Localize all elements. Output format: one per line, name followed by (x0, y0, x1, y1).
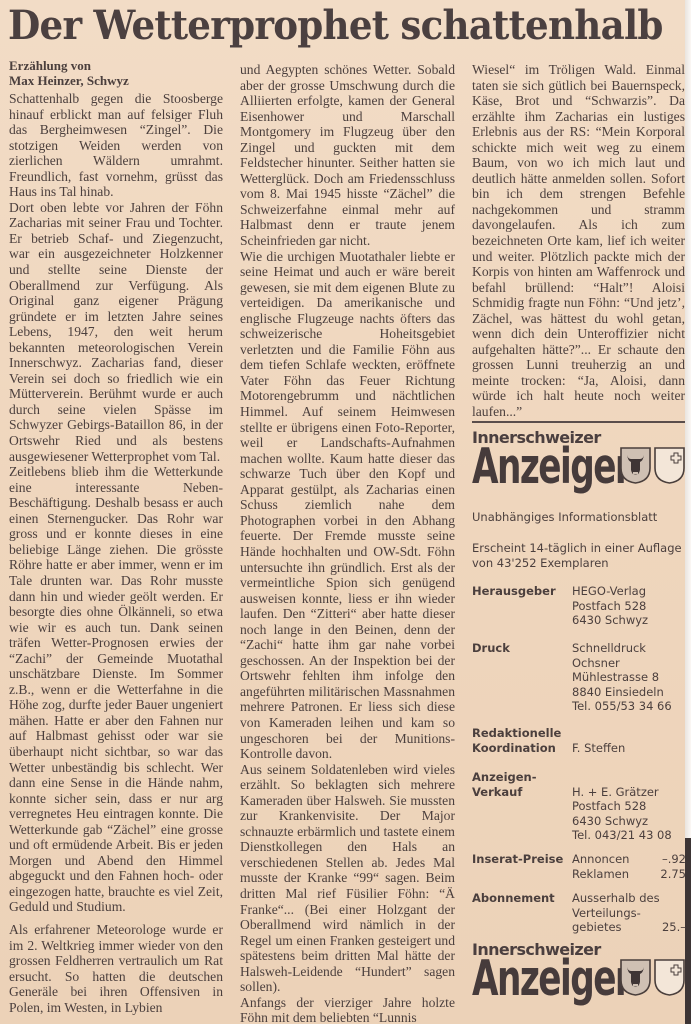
price-amount: 25.– (662, 920, 686, 935)
imprint-label: Herausgeber (472, 584, 572, 628)
byline: Erzählung von Max Heinzer, Schwyz (9, 58, 223, 88)
label-line: Koordination (472, 741, 556, 755)
circulation: Erscheint 14-täglich in einer Auflage vo… (472, 541, 686, 570)
value-line: Tel. 055/53 34 66 (572, 699, 672, 713)
value-line: 8840 Einsiedeln (572, 685, 664, 699)
label-line: Redaktionelle (472, 726, 561, 740)
imprint-value: Annoncen–.92 Reklamen2.75 (572, 852, 686, 881)
imprint-label: Inserat-Preise (472, 852, 572, 881)
divider-rule (472, 421, 685, 423)
paragraph: Wie die urchigen Muotathaler liebte er s… (240, 249, 455, 762)
value-line: Schnelldruck (572, 641, 646, 655)
swiss-cross-shield-icon (653, 958, 686, 996)
imprint-value: Schnelldruck Ochsner Mühlestrasse 8 8840… (572, 641, 686, 714)
masthead-name: Anzeiger (472, 950, 630, 1007)
imprint-label: Abonnement (472, 891, 572, 935)
value-line: Tel. 043/21 43 08 (572, 828, 672, 842)
value-line: Verteilungs- (572, 906, 641, 920)
masthead-logo: Innerschweizer Anzeiger (472, 428, 687, 508)
paragraph: Wiesel“ im Tröligen Wald. Einmal taten s… (472, 62, 685, 420)
value-line: 6430 Schwyz (572, 814, 648, 828)
circulation-line-2: von 43'252 Exemplaren (472, 556, 609, 570)
value-line: Ausserhalb des (572, 891, 660, 905)
article-column-3: Wiesel“ im Tröligen Wald. Einmal taten s… (472, 62, 685, 420)
price-item: gebietes (572, 920, 622, 935)
price-row: Reklamen2.75 (572, 867, 686, 882)
article-column-1: Erzählung von Max Heinzer, Schwyz Schatt… (9, 58, 223, 1015)
article-column-2: und Aegypten schönes Wetter. Sobald aber… (240, 62, 455, 1024)
paragraph: Schattenhalb gegen die Stoosberge hinauf… (9, 91, 223, 200)
paragraph: Aus seinem Soldatenleben wird vieles erz… (240, 762, 455, 995)
bull-shield-icon (619, 958, 652, 996)
price-row: gebietes25.– (572, 920, 686, 935)
bull-shield-icon (619, 446, 652, 484)
value-line: 6430 Schwyz (572, 613, 648, 627)
imprint-value: F. Steffen (572, 726, 686, 755)
value-line: Postfach 528 (572, 599, 646, 613)
imprint: Herausgeber HEGO-Verlag Postfach 528 643… (472, 584, 686, 914)
imprint-row-druck: Druck Schnelldruck Ochsner Mühlestrasse … (472, 641, 686, 714)
price-row: Annoncen–.92 (572, 852, 686, 867)
value-line: H. + E. Grätzer (572, 785, 659, 799)
imprint-value: HEGO-Verlag Postfach 528 6430 Schwyz (572, 584, 686, 628)
value-line: Postfach 528 (572, 799, 646, 813)
paragraph: und Aegypten schönes Wetter. Sobald aber… (240, 62, 455, 249)
price-item: Reklamen (572, 867, 629, 882)
paragraph: Zeitlebens blieb ihm die Wetterkunde ein… (9, 464, 223, 915)
label-line: Anzeigen- (472, 770, 537, 784)
imprint-value: Ausserhalb des Verteilungs- gebietes25.– (572, 891, 686, 935)
article-title: Der Wetterprophet schattenhalb (8, 2, 663, 49)
imprint-label: Druck (472, 641, 572, 714)
value-line: Mühlestrasse 8 (572, 670, 659, 684)
footer-masthead-logo: Innerschweizer Anzeiger (472, 940, 687, 1020)
imprint-row-herausgeber: Herausgeber HEGO-Verlag Postfach 528 643… (472, 584, 686, 628)
imprint-row-abonnement: Abonnement Ausserhalb des Verteilungs- g… (472, 891, 686, 935)
circulation-line-1: Erscheint 14-täglich in einer Auflage (472, 541, 682, 555)
byline-intro: Erzählung von (9, 58, 91, 73)
imprint-row-preise: Inserat-Preise Annoncen–.92 Reklamen2.75 (472, 852, 686, 881)
imprint-value: H. + E. Grätzer Postfach 528 6430 Schwyz… (572, 770, 686, 843)
price-amount: 2.75 (660, 867, 686, 882)
masthead-name: Anzeiger (472, 438, 630, 495)
imprint-row-anzeigen: Anzeigen- Verkauf H. + E. Grätzer Postfa… (472, 770, 686, 843)
imprint-row-koordination: Redaktionelle Koordination F. Steffen (472, 726, 686, 755)
tagline: Unabhängiges Informationsblatt (472, 510, 686, 525)
swiss-cross-shield-icon (653, 446, 686, 484)
value-line: Ochsner (572, 656, 620, 670)
price-item: Annoncen (572, 852, 629, 867)
paragraph: Anfangs der vierziger Jahre holzte Föhn … (240, 995, 455, 1024)
value-line: HEGO-Verlag (572, 584, 646, 598)
value-line: F. Steffen (572, 741, 625, 755)
label-line: Verkauf (472, 785, 522, 799)
byline-author: Max Heinzer, Schwyz (9, 73, 129, 88)
imprint-label: Anzeigen- Verkauf (472, 770, 572, 843)
imprint-label: Redaktionelle Koordination (472, 726, 572, 755)
price-amount: –.92 (662, 852, 686, 867)
paragraph: Als erfahrener Meteorologe wurde er im 2… (9, 922, 223, 1015)
paragraph: Dort oben lebte vor Jahren der Föhn Zach… (9, 200, 223, 464)
